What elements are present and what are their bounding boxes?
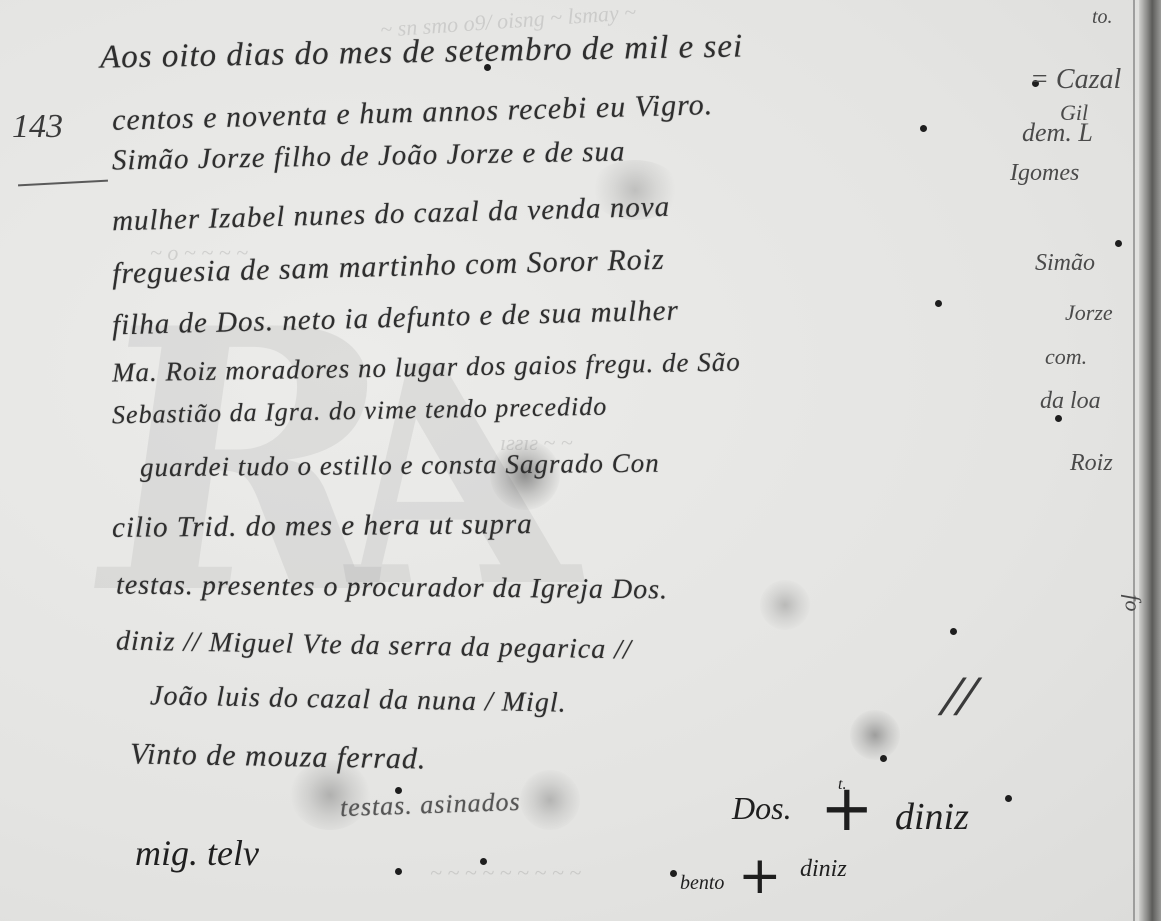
signature-dos: Dos. — [732, 790, 792, 827]
record-line-7: Ma. Roiz moradores no lugar dos gaios fr… — [112, 347, 741, 389]
entry-number: 143 — [12, 108, 63, 146]
ink-dot — [480, 858, 487, 865]
entry-number-underline — [18, 180, 108, 187]
double-slash-separator: // — [935, 668, 986, 722]
ink-dot — [880, 755, 887, 762]
cross-mark-icon: + — [738, 846, 782, 906]
record-line-2: centos e noventa e hum annos recebi eu V… — [112, 88, 714, 138]
record-line-5: freguesia de sam martinho com Soror Roiz — [112, 243, 665, 291]
margin-note-dem: dem. L — [1022, 118, 1093, 148]
bleed-through-text: ~ ~ ~ ~ ~ ~ ~ ~ ~ — [430, 860, 581, 886]
margin-note-jorze: Jorze — [1065, 300, 1113, 326]
margin-note-simao: Simão — [1035, 250, 1095, 277]
ink-dot — [670, 870, 677, 877]
ink-dot — [1005, 795, 1012, 802]
margin-note-roiz: Roiz — [1070, 450, 1113, 477]
ink-dot — [395, 868, 402, 875]
page-gutter-line — [1133, 0, 1135, 921]
ink-dot — [950, 628, 957, 635]
record-line-14: Vinto de mouza ferrad. — [130, 737, 427, 776]
record-line-1: Aos oito dias do mes de setembro de mil … — [100, 28, 744, 76]
manuscript-page: R A ~ sn smo o9/ oisng ~ lsmay ~ ~ o ~ ~… — [0, 0, 1161, 921]
record-line-10: cilio Trid. do mes e hera ut supra — [112, 508, 533, 545]
edge-fragment: fo — [1120, 594, 1146, 611]
margin-note-da-loa: da loa — [1040, 388, 1101, 415]
record-line-12: diniz // Miguel Vte da serra da pegarica… — [116, 626, 632, 667]
signature-diniz-2: diniz — [800, 856, 847, 883]
ink-dot — [1055, 415, 1062, 422]
record-line-6: filha de Dos. neto ia defunto e de sua m… — [112, 295, 680, 343]
margin-note-cazal: = Cazal — [1030, 64, 1121, 96]
signature-diniz: diniz — [895, 795, 969, 839]
book-binding-edge — [1139, 0, 1161, 921]
margin-note-com: com. — [1045, 344, 1087, 370]
cross-mark-icon: + — [820, 772, 874, 846]
record-line-11: testas. presentes o procurador da Igreja… — [116, 570, 668, 607]
record-line-4: mulher Izabel nunes do cazal da venda no… — [112, 191, 671, 239]
top-right-fragment: to. — [1092, 6, 1113, 29]
ink-dot — [935, 300, 942, 307]
record-line-8: Sebastião da Igra. do vime tendo precedi… — [112, 392, 608, 431]
signature-migtelv: mig. telv — [135, 832, 259, 874]
margin-note-igomes: Igomes — [1010, 160, 1079, 187]
ink-dot — [1115, 240, 1122, 247]
record-line-13: João luis do cazal da nuna / Migl. — [150, 680, 567, 719]
record-line-3: Simão Jorze filho de João Jorze e de sua — [112, 136, 626, 178]
ink-stain — [520, 770, 580, 830]
signature-bento: bento — [680, 872, 724, 895]
record-line-15: testas. asinados — [340, 787, 522, 823]
record-line-9: guardei tudo o estillo e consta Sagrado … — [140, 448, 660, 484]
ink-stain — [760, 580, 810, 630]
ink-stain — [850, 710, 900, 760]
ink-dot — [920, 125, 927, 132]
